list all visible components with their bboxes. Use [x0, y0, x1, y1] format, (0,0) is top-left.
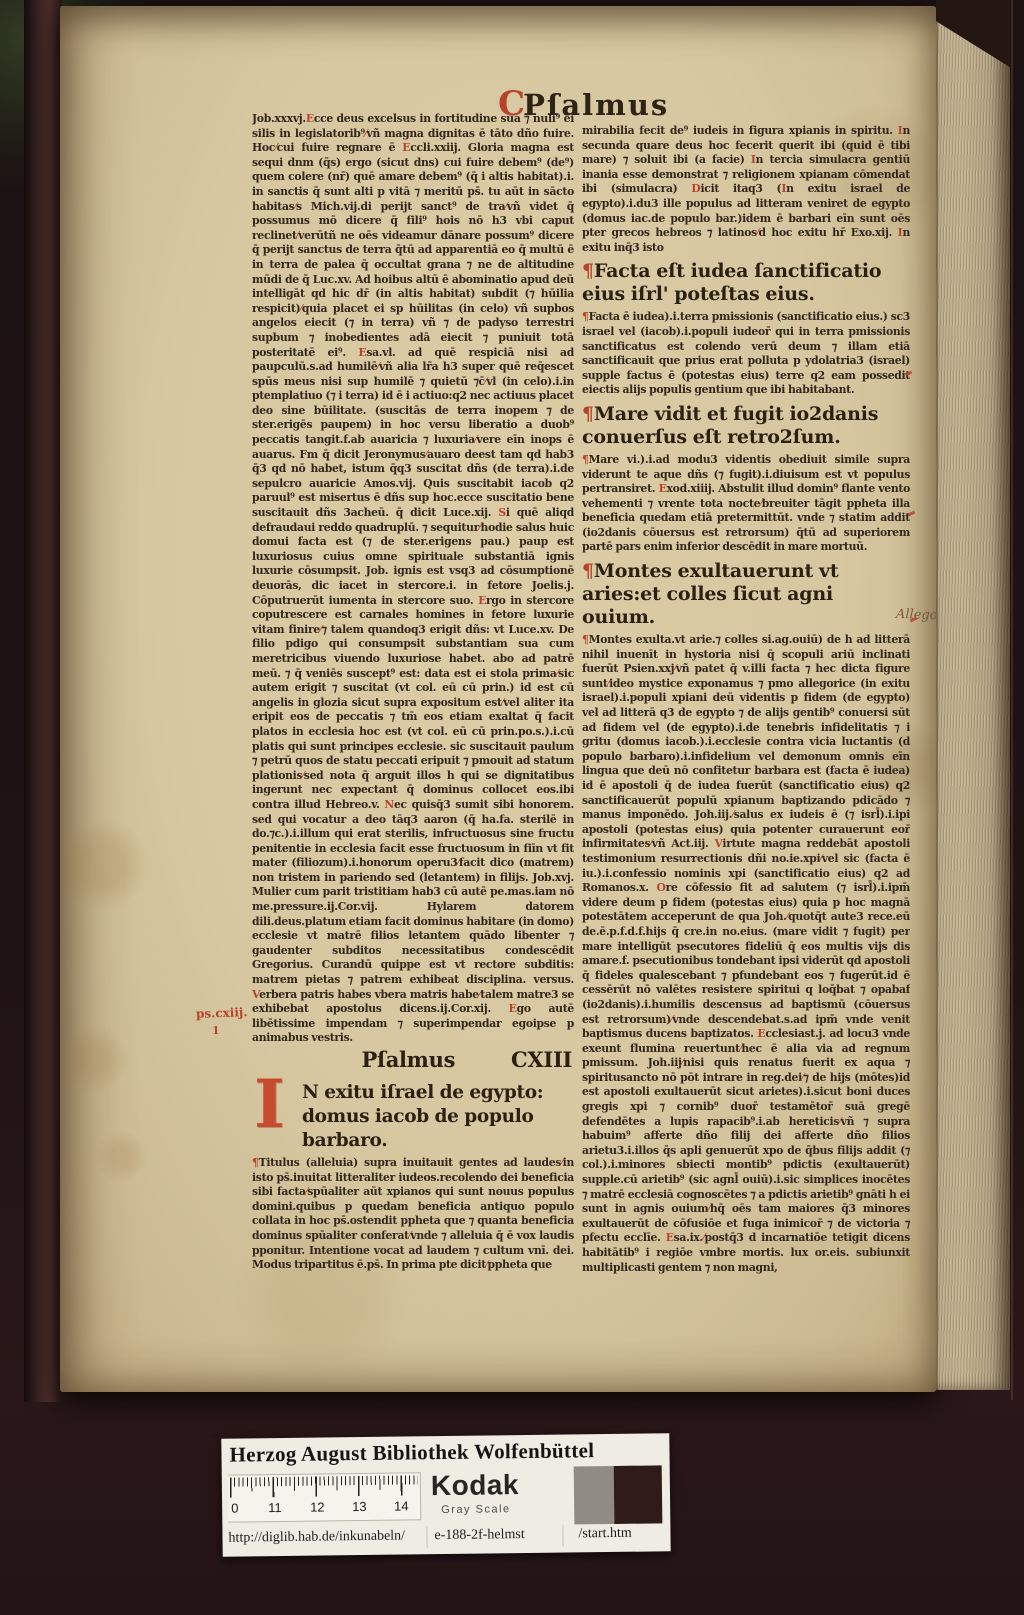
ruler-number: 11	[268, 1500, 282, 1515]
ruler-number: 12	[310, 1499, 325, 1514]
label-url-row: http://diglib.hab.de/inkunabeln/ e-188-2…	[222, 1525, 670, 1530]
rubric-mark: E	[659, 482, 667, 495]
rubric-mark: O	[656, 881, 665, 894]
text-run: d hoc exitu hr̄ Exo.xij.	[758, 226, 897, 239]
text-column-right: mirabilia fecit de⁹ iudeis in figura xpi…	[582, 124, 910, 1374]
text-run: erbera patris habes vbera matris habe	[259, 988, 479, 1001]
photo-background: CPſalmus Job.xxxvj.Ecce deus excelsus in…	[0, 0, 1024, 1615]
ruler: 011121314	[228, 1472, 422, 1522]
digitization-url: http://diglib.hab.de/inkunabeln/	[228, 1529, 405, 1547]
rubric-mark: E	[509, 1002, 517, 1015]
text-run: sa.ix.	[674, 1231, 703, 1244]
margin-note-verse-number: 1	[212, 1024, 220, 1037]
grayscale-patch-gray	[574, 1466, 615, 1524]
book-cover-edge	[24, 0, 62, 1402]
rubric-mark: ¶	[582, 260, 594, 282]
rubric-mark: N	[384, 798, 394, 811]
book-page: CPſalmus Job.xxxvj.Ecce deus excelsus in…	[60, 6, 936, 1392]
text-run: vñ ⁊ supra habuim⁹ afferte dño filij dei…	[582, 1115, 910, 1216]
psalm-incipit: IN exitu iſrael de egypto: domus iacob d…	[252, 1081, 574, 1153]
fore-edge-pages	[936, 4, 1010, 1390]
text-run: cui fuire regnare ē	[277, 141, 403, 154]
lombard-initial: I	[254, 1073, 285, 1135]
incipit-text: N exitu iſrael de egypto: domus iacob de…	[302, 1081, 574, 1153]
text-run: Facta eſt iudea ſanctificatio eius iſrl'…	[582, 260, 881, 305]
text-run: vñ Act.iij.	[652, 837, 715, 850]
rubric-mark: ¶	[582, 453, 589, 466]
text-run: quotq̄t aute3 rece.eū de.ē.p.f.d.f.hijs …	[582, 910, 910, 1025]
rubric-mark: E	[666, 1231, 674, 1244]
text-run: ideo mystice exponamus ⁊ pmo allegorice …	[582, 677, 910, 821]
text-run: s Mich.vij.di perijt sanct⁹ de tra	[296, 200, 505, 213]
text-run: Facta ē iudea).i.terra pmissionis (sanct…	[582, 310, 910, 396]
label-divider	[426, 1526, 427, 1548]
text-run: Titulus (alleluia) supra inuitauit gente…	[259, 1156, 562, 1169]
text-run: Mare vidit et fugit io2danis conuerſus e…	[582, 403, 878, 448]
verse-heading: ¶Montes exultauerunt vt aries:et colles …	[582, 560, 910, 629]
rubric-mark: ¶	[582, 633, 589, 646]
psalm-heading-title: Pſalmus	[361, 1053, 455, 1068]
rubric-mark: ¶	[582, 560, 594, 582]
margin-note-psalm-number: ps.cxiij.	[196, 1005, 248, 1021]
grayscale-patch-dark	[614, 1465, 663, 1524]
verse-heading: ¶Mare vidit et fugit io2danis conuerſus …	[582, 403, 910, 449]
ruler-number: 0	[231, 1501, 238, 1516]
commentary-paragraph: ¶Titulus (alleluia) supra inuitauit gent…	[252, 1156, 574, 1273]
shelfmark: e-188-2f-helmst	[434, 1527, 524, 1544]
gray-scale-label: Gray Scale	[441, 1503, 511, 1516]
background-crack	[1011, 0, 1013, 1400]
rubric-mark: E	[306, 112, 314, 125]
kodak-logo: Kodak	[431, 1469, 519, 1502]
text-run: Montes exultauerunt vt aries:et colles ſ…	[582, 560, 838, 628]
rubric-mark: ¶	[582, 310, 589, 323]
commentary-paragraph: ¶Montes exulta.vt arie.⁊ colles si.ag.ou…	[582, 633, 910, 1275]
commentary-paragraph: ¶Facta ē iudea).i.terra pmissionis (sanc…	[582, 310, 910, 398]
library-name: Herzog August Bibliothek Wolfenbüttel	[229, 1438, 594, 1467]
label-divider	[562, 1525, 563, 1547]
ruler-major-ticks	[230, 1475, 418, 1497]
rubric-mark: ¶	[582, 403, 594, 425]
text-run: ppheta que	[488, 1258, 552, 1271]
text-run: icit itaq3 (	[701, 182, 782, 195]
psalm-number: CXIII	[511, 1053, 572, 1068]
library-label: Herzog August Bibliothek Wolfenbüttel 01…	[221, 1433, 670, 1556]
text-run: Job.xxxvj.	[252, 112, 306, 125]
start-page-path: /start.htm	[578, 1526, 631, 1543]
text-column-left: Job.xxxvj.Ecce deus excelsus in fortitud…	[252, 112, 574, 1362]
text-run: mirabilia fecit de⁹ iudeis in figura xpi…	[582, 124, 898, 137]
ruler-number: 14	[394, 1498, 409, 1513]
text-run: facit dico (matrem) non tristem in parie…	[252, 856, 574, 986]
rubric-mark: E	[478, 594, 486, 607]
commentary-paragraph: mirabilia fecit de⁹ iudeis in figura xpi…	[582, 124, 910, 255]
rubric-mark: ¶	[252, 1156, 259, 1169]
ruler-number: 13	[352, 1499, 367, 1514]
commentary-paragraph: Job.xxxvj.Ecce deus excelsus in fortitud…	[252, 112, 574, 1046]
rubric-mark: D	[691, 182, 700, 195]
commentary-paragraph: ¶Mare vi.).i.ad modu3 videntis obediuit …	[582, 453, 910, 555]
rubric-mark: S	[498, 506, 506, 519]
verse-heading: ¶Facta eſt iudea ſanctificatio eius iſrl…	[582, 260, 910, 306]
psalm-heading: PſalmusCXIII	[252, 1053, 574, 1079]
